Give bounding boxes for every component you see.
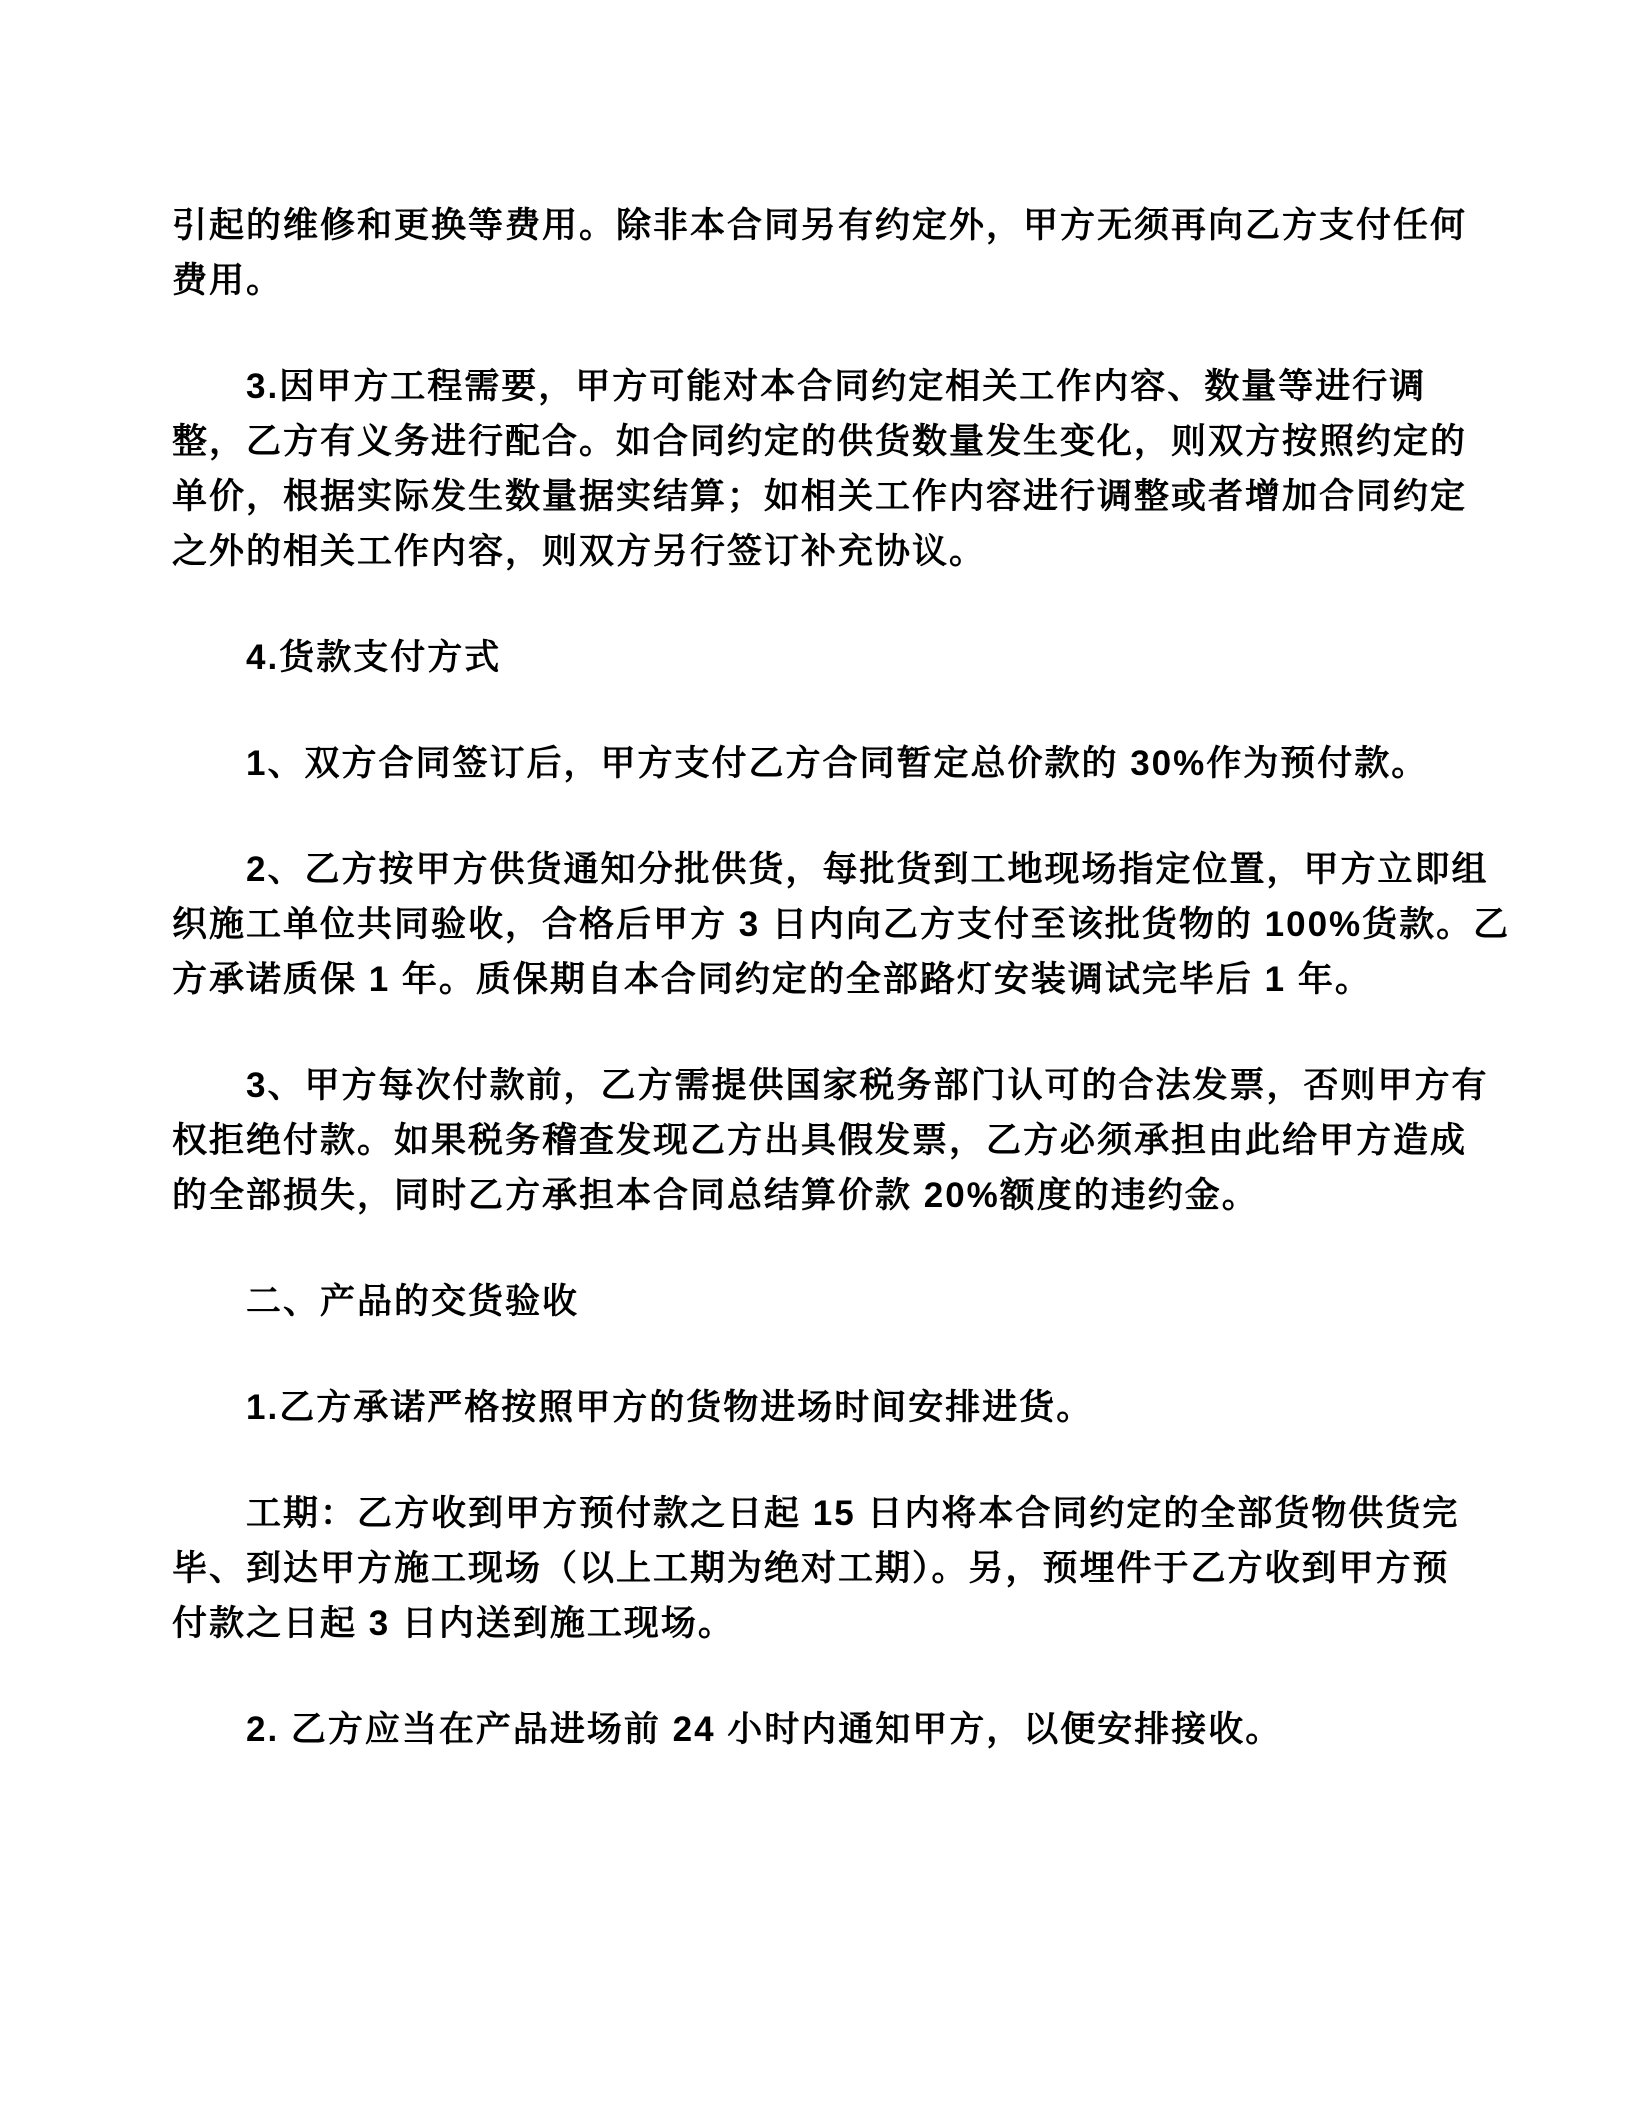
text-line: 1.乙方承诺严格按照甲方的货物进场时间安排进货。 — [172, 1380, 1462, 1435]
text-line: 整，乙方有义务进行配合。如合同约定的供货数量发生变化，则双方按照约定的 — [172, 414, 1462, 469]
paragraph: 工期：乙方收到甲方预付款之日起 15 日内将本合同约定的全部货物供货完 毕、到达… — [172, 1486, 1462, 1651]
text-line: 3、甲方每次付款前，乙方需提供国家税务部门认可的合法发票，否则甲方有 — [172, 1058, 1462, 1113]
text-line: 织施工单位共同验收，合格后甲方 3 日内向乙方支付至该批货物的 100%货款。乙 — [172, 897, 1462, 952]
text-line: 3.因甲方工程需要，甲方可能对本合同约定相关工作内容、数量等进行调 — [172, 359, 1462, 414]
paragraph: 1.乙方承诺严格按照甲方的货物进场时间安排进货。 — [172, 1380, 1462, 1435]
text-line: 单价，根据实际发生数量据实结算；如相关工作内容进行调整或者增加合同约定 — [172, 469, 1462, 524]
paragraph: 4.货款支付方式 — [172, 630, 1462, 685]
text-line: 1、双方合同签订后，甲方支付乙方合同暂定总价款的 30%作为预付款。 — [172, 736, 1462, 791]
paragraph: 3.因甲方工程需要，甲方可能对本合同约定相关工作内容、数量等进行调 整，乙方有义… — [172, 359, 1462, 579]
text-line: 权拒绝付款。如果税务稽查发现乙方出具假发票，乙方必须承担由此给甲方造成 — [172, 1113, 1462, 1168]
paragraph: 引起的维修和更换等费用。除非本合同另有约定外，甲方无须再向乙方支付任何 费用。 — [172, 198, 1462, 308]
text-line: 的全部损失，同时乙方承担本合同总结算价款 20%额度的违约金。 — [172, 1168, 1462, 1223]
paragraph: 3、甲方每次付款前，乙方需提供国家税务部门认可的合法发票，否则甲方有 权拒绝付款… — [172, 1058, 1462, 1223]
text-line: 工期：乙方收到甲方预付款之日起 15 日内将本合同约定的全部货物供货完 — [172, 1486, 1462, 1541]
text-line: 引起的维修和更换等费用。除非本合同另有约定外，甲方无须再向乙方支付任何 — [172, 198, 1462, 253]
text-line: 2、乙方按甲方供货通知分批供货，每批货到工地现场指定位置，甲方立即组 — [172, 842, 1462, 897]
text-line: 2. 乙方应当在产品进场前 24 小时内通知甲方，以便安排接收。 — [172, 1702, 1462, 1757]
section-heading: 二、产品的交货验收 — [172, 1274, 1462, 1329]
text-line: 毕、到达甲方施工现场（以上工期为绝对工期）。另，预埋件于乙方收到甲方预 — [172, 1541, 1462, 1596]
text-line: 费用。 — [172, 253, 1462, 308]
text-line: 之外的相关工作内容，则双方另行签订补充协议。 — [172, 524, 1462, 579]
paragraph: 2. 乙方应当在产品进场前 24 小时内通知甲方，以便安排接收。 — [172, 1702, 1462, 1757]
paragraph: 2、乙方按甲方供货通知分批供货，每批货到工地现场指定位置，甲方立即组 织施工单位… — [172, 842, 1462, 1007]
text-line: 付款之日起 3 日内送到施工现场。 — [172, 1596, 1462, 1651]
text-line: 方承诺质保 1 年。质保期自本合同约定的全部路灯安装调试完毕后 1 年。 — [172, 952, 1462, 1007]
text-line: 4.货款支付方式 — [172, 630, 1462, 685]
paragraph: 二、产品的交货验收 — [172, 1274, 1462, 1329]
document-page: 引起的维修和更换等费用。除非本合同另有约定外，甲方无须再向乙方支付任何 费用。 … — [0, 0, 1632, 2112]
paragraph: 1、双方合同签订后，甲方支付乙方合同暂定总价款的 30%作为预付款。 — [172, 736, 1462, 791]
